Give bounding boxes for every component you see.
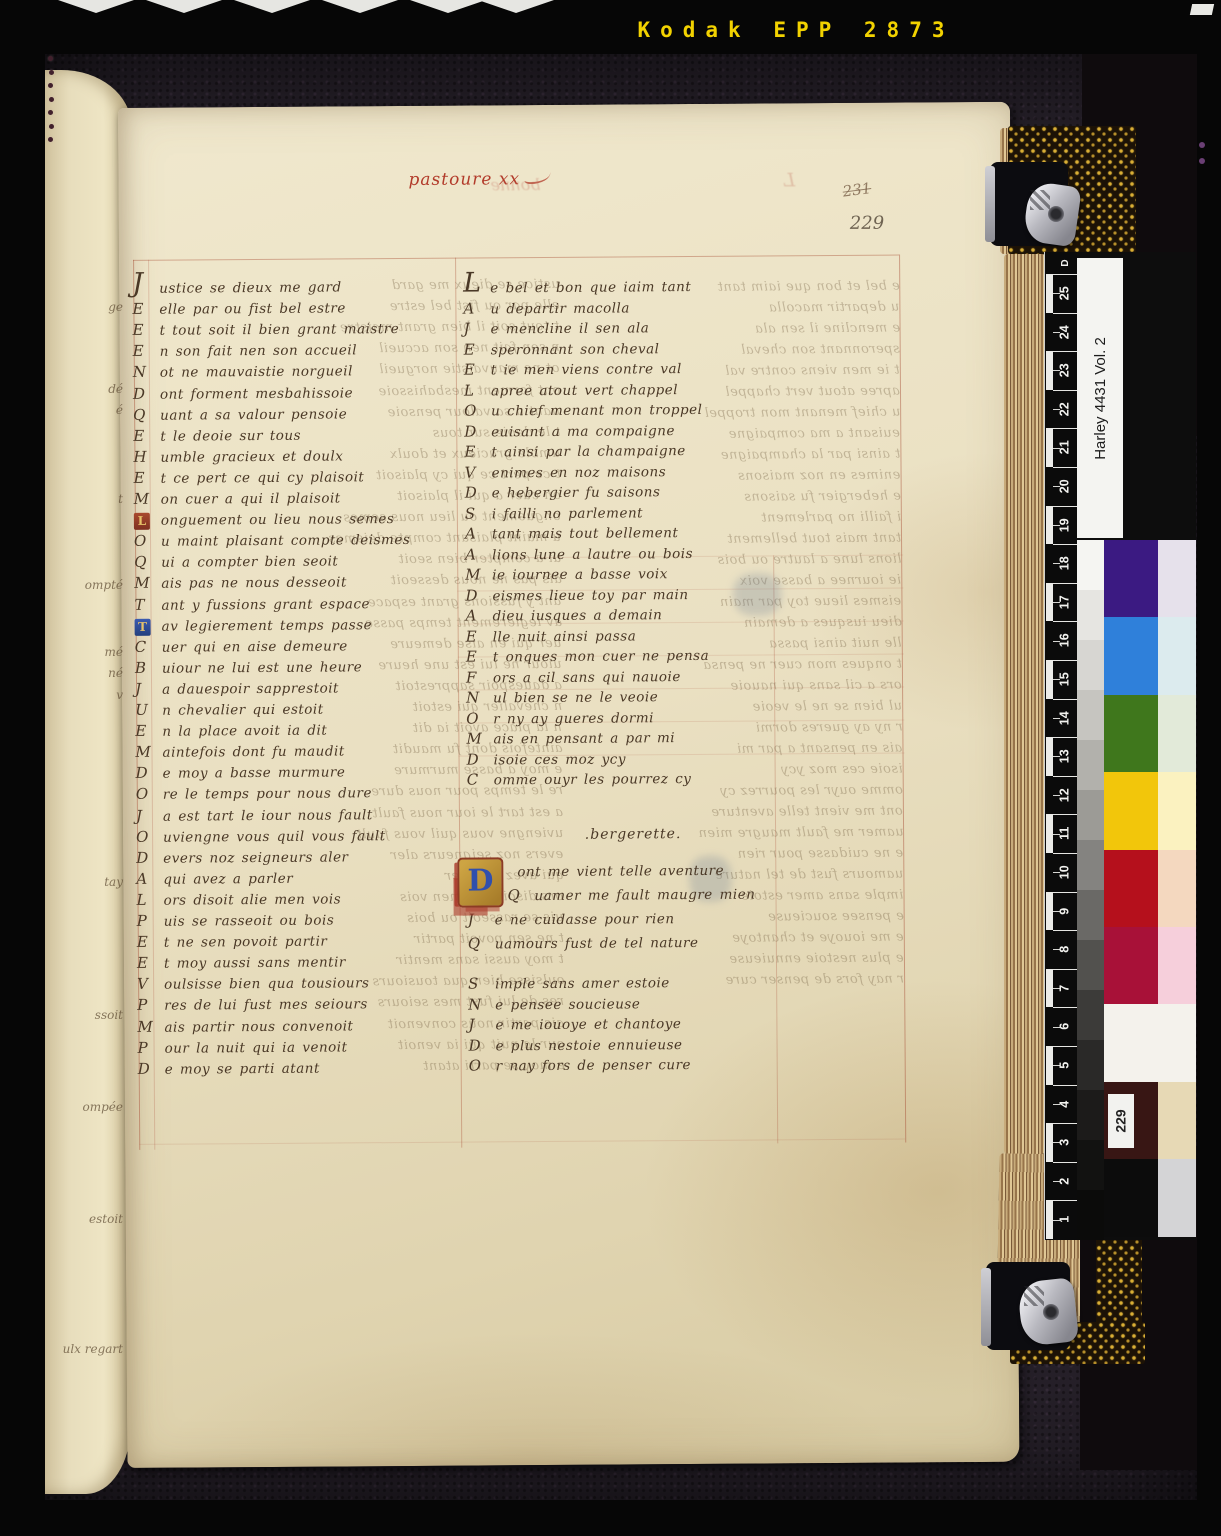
line-initial: B	[135, 659, 162, 677]
line-initial: D	[465, 586, 492, 604]
line-initial: D	[136, 764, 163, 782]
facing-page-text-fragment: t	[118, 492, 123, 506]
line-initial: U	[135, 701, 162, 719]
manuscript-line: Dont forment mesbahissoie	[133, 382, 353, 405]
line-text: ie iournee a basse voix	[492, 566, 668, 583]
manuscript-line: Esperonnant son cheval	[464, 338, 660, 360]
line-text: t ce pert ce qui cy plaisoit	[161, 469, 365, 486]
line-text: e moy a basse murmure	[163, 765, 346, 782]
film-edge-dot	[1199, 142, 1205, 148]
line-text: euisant a ma compaigne	[491, 423, 675, 440]
patch-saturated	[1104, 1159, 1158, 1236]
page-clip-hole	[1043, 1304, 1059, 1320]
line-initial: L	[136, 891, 163, 909]
line-initial: V	[464, 463, 491, 481]
manuscript-line: En la place avoit ia dit	[135, 720, 327, 742]
ruler-tick	[1053, 737, 1077, 738]
ruler-tick	[1053, 814, 1077, 815]
manuscript-line: Et ne sen povoit partir	[137, 931, 328, 953]
line-initial: O	[136, 827, 163, 845]
manuscript-line: Et le deoie sur tous	[133, 424, 301, 446]
manuscript-line: Ou chief menant mon troppel	[464, 399, 702, 422]
bleedthrough-line: lions lune a lautre ou bois	[717, 552, 901, 568]
manuscript-page: pastoure xx bonne L 231 229 ustice se di…	[118, 102, 1019, 1468]
line-initial: E	[135, 722, 162, 740]
manuscript-line: Je me iouoye et chantoye	[468, 1013, 681, 1035]
grayscale-step	[1077, 1040, 1104, 1090]
manuscript-line: Disoie ces moz ycy	[466, 748, 626, 770]
manuscript-line: Ja dauespoir sapprestoit	[135, 677, 339, 699]
ruler-cell: 8	[1045, 930, 1077, 969]
ruler-tick	[1053, 1085, 1077, 1086]
manuscript-line: Et ie men viens contre val	[464, 358, 682, 381]
line-initial: A	[465, 545, 492, 563]
facing-page-text-fragment: v	[116, 688, 123, 702]
ruler-tick	[1053, 969, 1077, 970]
film-frame-bottom	[0, 1500, 1221, 1536]
grayscale-step	[1077, 590, 1104, 640]
line-text: i failli no parlement	[492, 505, 643, 522]
ruler-cell: 7	[1045, 969, 1077, 1008]
ruler-cell: 13	[1045, 737, 1077, 776]
line-initial: M	[134, 490, 161, 508]
line-initial: F	[466, 668, 493, 686]
ruler-tick	[1053, 351, 1077, 352]
bleedthrough-line: euisant a ma compaigne	[729, 426, 901, 442]
line-text: oulsisse bien qua tousiours	[164, 976, 369, 993]
ruler-tick	[1053, 1200, 1077, 1201]
manuscript-line: Or nay fors de penser cure	[469, 1054, 691, 1077]
ruler-cell: 22	[1045, 390, 1077, 429]
decorated-initial-d: D	[457, 857, 503, 907]
manuscript-line: Maintefois dont fu maudit	[135, 741, 344, 763]
page-clip-hole	[1048, 206, 1064, 222]
line-initial: L	[464, 381, 491, 399]
ruler-tick	[1053, 428, 1077, 429]
manuscript-line: Mie iournee a basse voix	[465, 563, 668, 585]
manuscript-line: Et onques mon cuer ne pensa	[466, 645, 709, 668]
manuscript-line: Devers noz seigneurs aler	[136, 846, 348, 868]
ruler-tick	[1053, 1162, 1077, 1163]
patch-pastel	[1158, 540, 1196, 617]
film-corner-mark	[1190, 4, 1214, 15]
ruler-tick	[1053, 506, 1077, 507]
line-text: u chief menant mon troppel	[491, 402, 702, 419]
ruler-cell: 9	[1045, 892, 1077, 931]
manuscript-line: Lapree atout vert chappel	[464, 379, 678, 401]
facing-page-text-fragment: ssoit	[95, 1008, 123, 1022]
ruler-tick	[1053, 1007, 1077, 1008]
line-initial: P	[137, 1038, 164, 1056]
line-text: uiour ne lui est une heure	[162, 659, 362, 676]
ruler-tick	[1053, 544, 1077, 545]
section-heading-bergerette: .bergerette.	[503, 826, 763, 844]
manuscript-line: Simple sans amer estoie	[468, 972, 670, 994]
page-clip-ridges	[1024, 1286, 1044, 1306]
line-initial: P	[137, 996, 164, 1014]
ruler-top-cell: D	[1045, 252, 1077, 274]
line-text: omme ouyr les pourrez cy	[494, 771, 692, 788]
manuscript-line: Le bel et bon que iaim tant	[463, 276, 691, 299]
line-initial: Q	[133, 405, 160, 423]
line-initial: P	[137, 912, 164, 930]
line-initial: D	[465, 483, 492, 501]
grayscale-step	[1077, 740, 1104, 790]
color-calibration-strip: D252423222120191817161514131211109876543…	[1044, 252, 1196, 1240]
line-initial: A	[465, 606, 492, 624]
ruler-cell: 20	[1045, 467, 1077, 506]
grayscale-step	[1077, 1090, 1104, 1140]
ruler-tick	[1053, 621, 1077, 622]
ruler-tick	[1053, 699, 1077, 700]
line-initial: M	[137, 1017, 164, 1035]
bleedthrough-line: apree atout vert chappel	[725, 384, 900, 400]
line-text: qui avez a parler	[163, 871, 293, 888]
line-text: ais partir nous convenoit	[164, 1018, 353, 1035]
grayscale-step	[1077, 640, 1104, 690]
ruler-tick	[1053, 583, 1077, 584]
line-text: ors a cil sans qui nauoie	[493, 669, 681, 686]
ruler-tick	[1053, 274, 1077, 275]
line-initial: N	[466, 688, 493, 706]
line-text: n la place avoit ia dit	[162, 723, 327, 740]
manuscript-line: En son fait nen son accueil	[133, 340, 357, 363]
line-initial: E	[466, 627, 493, 645]
line-initial: J	[135, 680, 162, 698]
patch-pastel	[1158, 695, 1196, 772]
ruler-cell: 2	[1045, 1162, 1077, 1201]
line-initial: N	[468, 995, 495, 1013]
manuscript-line: Aqui avez a parler	[136, 868, 293, 890]
line-text: enimes en noz maisons	[492, 464, 667, 481]
line-initial: C	[135, 637, 162, 655]
photographed-manuscript-scene: pastoure xx bonne L 231 229 ustice se di…	[0, 0, 1221, 1536]
line-initial: N	[133, 363, 160, 381]
line-initial: E	[466, 647, 493, 665]
line-initial: E	[464, 442, 491, 460]
grayscale-step	[1077, 690, 1104, 740]
line-initial: S	[468, 974, 495, 992]
bleedthrough-line: e bel et bon que iaim tant	[717, 279, 900, 295]
manuscript-line: Ja est tart le iour nous fault	[136, 804, 373, 827]
bleedthrough-line: e pensee soucieuse	[767, 909, 903, 925]
film-notch	[58, 0, 134, 13]
line-initial: E	[134, 469, 161, 487]
line-text: uis se rasseoit ou bois	[164, 913, 335, 930]
sewing-hole-dot	[48, 110, 53, 115]
ruler-cell: 4	[1045, 1085, 1077, 1124]
ruler-cell: 18	[1045, 544, 1077, 583]
film-edge-dot	[1199, 158, 1205, 164]
bleedthrough-line: e hebergier fu saisons	[744, 489, 901, 505]
line-initial: J	[468, 1016, 495, 1034]
ruler-top-label: D	[1054, 251, 1076, 275]
manuscript-line: Venimes en noz maisons	[464, 461, 666, 483]
line-text: ont forment mesbahissoie	[160, 385, 353, 402]
ruler-cell: 11	[1045, 814, 1077, 853]
line-initial: H	[133, 448, 160, 466]
bleedthrough-line: e plus nestoie ennuieuse	[729, 951, 904, 967]
patch-full	[1104, 1004, 1196, 1081]
ruler-tick	[1053, 467, 1077, 468]
manuscript-line: Je ne cuidasse pour rien	[468, 908, 675, 930]
ruler-tick	[1053, 1046, 1077, 1047]
line-initial: E	[133, 426, 160, 444]
grayscale-step	[1077, 790, 1104, 840]
line-text: elle par ou fist bel estre	[159, 301, 346, 318]
line-text: isoie ces moz ycy	[494, 751, 626, 768]
line-text: lions lune a lautre ou bois	[492, 545, 693, 562]
line-text: uer qui en aise demeure	[162, 638, 348, 655]
facing-page-text-fragment: ompée	[83, 1100, 124, 1114]
bleedthrough-line: omme ouyr les pourrez cy	[720, 783, 903, 799]
line-text: ot ne mauvaistie norgueil	[160, 364, 353, 381]
film-notch	[146, 0, 222, 13]
line-text: e pensee soucieuse	[495, 996, 640, 1013]
line-text: n son fait nen son accueil	[160, 343, 357, 360]
ruler-cell: 3	[1045, 1123, 1077, 1162]
patch-pastel	[1158, 617, 1196, 694]
line-initial: O	[136, 785, 163, 803]
line-text: t tout soit il bien grant maistre	[160, 321, 400, 339]
ruler-cell: 10	[1045, 853, 1077, 892]
manuscript-line: Et tout soit il bien grant maistre	[132, 318, 399, 341]
line-text: u maint plaisant compte deismes	[161, 532, 410, 550]
patch-saturated	[1104, 772, 1158, 849]
manuscript-line: De moy a basse murmure	[136, 762, 346, 784]
manuscript-line: Ouviengne vous quil vous fault	[136, 825, 386, 848]
manuscript-line: Eelle par ou fist bel estre	[132, 298, 346, 320]
line-text: ul bien se ne le veoie	[493, 689, 658, 706]
sewing-hole-dot	[48, 83, 53, 88]
line-initial: E	[464, 360, 491, 378]
grayscale-step	[1077, 1190, 1104, 1240]
patch-pastel	[1158, 927, 1196, 1004]
line-initial: D	[468, 1036, 495, 1054]
bleedthrough-line: r ny ay gueres dormi	[755, 720, 902, 736]
line-text: uant a sa valour pensoie	[160, 406, 347, 423]
folio-number-crossed-out: 231	[842, 179, 873, 201]
line-text: re le temps pour nous dure	[163, 786, 372, 803]
patch-pastel	[1158, 1159, 1196, 1236]
text-column-right: Le bel et bon que iaim tantAu departir m…	[463, 275, 803, 277]
manuscript-line: Fors a cil sans qui nauoie	[466, 666, 681, 688]
patch-saturated	[1104, 850, 1158, 927]
manuscript-line: Or ny ay gueres dormi	[466, 707, 654, 729]
facing-page-text-fragment: é	[116, 403, 123, 417]
ruler-cell: 5	[1045, 1046, 1077, 1085]
patch-saturated	[1104, 540, 1158, 617]
ruler-tick	[1053, 390, 1077, 391]
manuscript-line: Pour la nuit qui ia venoit	[137, 1036, 347, 1058]
bleedthrough-line: i failli no parlement	[761, 510, 901, 526]
line-initial: D	[464, 422, 491, 440]
grayscale-step	[1077, 890, 1104, 940]
manuscript-line: Adieu iusques a demain	[465, 604, 662, 626]
line-initial: L	[463, 277, 490, 289]
manuscript-line: Quamours fust de tel nature	[468, 932, 699, 955]
line-initial: J	[132, 278, 159, 290]
manuscript-line: Atant mais tout bellement	[465, 522, 679, 544]
line-text: u departir macolla	[490, 300, 630, 317]
manuscript-line: Ne pensee soucieuse	[468, 993, 640, 1015]
line-text: e moy se parti atant	[165, 1060, 320, 1077]
line-initial: D	[466, 750, 493, 768]
manuscript-line: Deuisant a ma compaigne	[464, 420, 675, 442]
manuscript-line: Not ne mauvaistie norgueil	[133, 361, 353, 384]
line-initial: E	[137, 933, 164, 951]
manuscript-line: Elle nuit ainsi passa	[466, 625, 637, 647]
bleedthrough-rubric: bonne	[490, 175, 540, 194]
patch-saturated	[1104, 927, 1158, 1004]
line-initial: O	[466, 709, 493, 727]
bleedthrough-line: ors a cil sans qui nauoie	[730, 678, 902, 694]
manuscript-line: Mais partir nous convenoit	[137, 1015, 353, 1038]
sewing-hole-dot	[49, 124, 54, 129]
bleedthrough-line: speronnant son cheval	[741, 342, 900, 358]
line-text: res de lui fust mes seiours	[164, 997, 368, 1014]
bleedthrough-line: e me iouoye et chantoye	[732, 930, 904, 946]
ruler-cell: 25	[1045, 274, 1077, 313]
folio-tag-label: 229	[1108, 1094, 1134, 1148]
line-text: aintefois dont fu maudit	[162, 744, 344, 761]
ruler-tick	[1053, 776, 1077, 777]
bleedthrough-line: a est tart le iour nous fault	[372, 804, 563, 820]
patch-pastel	[1158, 850, 1196, 927]
grayscale-step	[1077, 540, 1104, 590]
ruler-tick	[1053, 313, 1077, 314]
line-text: ont me vient telle aventure	[517, 863, 724, 880]
line-initial: E	[464, 340, 491, 358]
line-text: uamer me fault maugre mien	[534, 887, 755, 905]
film-notch	[478, 0, 554, 13]
line-text: tant mais tout bellement	[492, 525, 679, 542]
film-notch	[322, 0, 398, 13]
line-initial: O	[469, 1057, 496, 1075]
manuscript-line: Mais pas ne nous desseoit	[134, 572, 347, 594]
line-initial: E	[137, 954, 164, 972]
facing-page-text-fragment: ge	[108, 300, 123, 314]
ruler-cell: 1	[1045, 1200, 1077, 1239]
line-text: onguement ou lieu nous semes	[161, 511, 395, 529]
ruler-tick	[1053, 930, 1077, 931]
line-initial: O	[134, 532, 161, 550]
line-initial: Q	[507, 886, 534, 904]
page-clip-tab	[981, 1268, 991, 1346]
manuscript-line: Au departir macolla	[463, 297, 630, 319]
line-initial: E	[132, 321, 159, 339]
bleedthrough-line: dieu iusques a demain	[743, 615, 901, 631]
bleedthrough-line: u chief menant mon troppel	[704, 405, 900, 421]
ruler-cell: 19	[1045, 506, 1077, 545]
folio-number: 229	[850, 213, 885, 234]
line-text: apree atout vert chappel	[491, 382, 678, 399]
bleedthrough-line: enimes en noz maisons	[738, 468, 901, 484]
sewing-hole-dot	[48, 56, 53, 61]
bleedthrough-line: r nay fors de penser cure	[725, 972, 904, 988]
manuscript-line: Et ce pert ce qui cy plaisoit	[134, 466, 365, 489]
sewing-hole-dot	[49, 70, 54, 75]
manuscript-line: De plus nestoie ennuieuse	[468, 1034, 682, 1056]
patch-pastel	[1158, 772, 1196, 849]
calibration-ruler: D252423222120191817161514131211109876543…	[1044, 252, 1077, 1240]
bleedthrough-line: e ne cuidasse pour rien	[737, 846, 903, 862]
line-text: e plus nestoie ennuieuse	[496, 1037, 683, 1054]
facing-page-text-fragment: ompté	[85, 578, 123, 592]
manuscript-line: Humble gracieux et doulx	[133, 445, 343, 467]
manuscript-line: Buiour ne lui est une heure	[135, 656, 362, 679]
line-text: t onques mon cuer ne pensa	[493, 648, 709, 666]
manuscript-line: Comme ouyr les pourrez cy	[467, 768, 692, 791]
line-initial: M	[466, 729, 493, 747]
line-text: ais en pensant a par mi	[493, 730, 675, 747]
line-initial: E	[132, 300, 159, 318]
line-initial: A	[463, 299, 490, 317]
bleedthrough-initial-blob	[733, 573, 781, 615]
ruler-cell: 14	[1045, 699, 1077, 738]
grayscale-step	[1077, 940, 1104, 990]
facing-page-text-fragment: ulx regart	[63, 1342, 123, 1356]
manuscript-line: Et ainsi par la champaigne	[464, 440, 686, 463]
line-text: speronnant son cheval	[491, 341, 660, 358]
ruler-cell: 23	[1045, 351, 1077, 390]
page-edge-stack	[1004, 254, 1046, 1154]
bleedthrough-line: ais en pensant a par mi	[737, 741, 903, 757]
line-text: ustice se dieux me gard	[159, 279, 341, 296]
line-initial: E	[133, 342, 160, 360]
line-text: t le deoie sur tous	[160, 427, 301, 444]
line-initial: D	[136, 848, 163, 866]
manuscript-line: Un chevalier qui estoit	[135, 699, 324, 721]
bleedthrough-line: lle nuit ainsi passa	[769, 636, 902, 652]
line-initial: M	[134, 574, 161, 592]
bleedthrough-line: t onques mon cuer ne pensa	[703, 657, 902, 673]
sewing-hole-dot	[48, 137, 53, 142]
facing-page-text-fragment: mé	[105, 645, 123, 659]
grayscale-step	[1077, 990, 1104, 1040]
line-text: e ne cuidasse pour rien	[495, 911, 675, 928]
manuscript-line: Pres de lui fust mes seiours	[137, 994, 368, 1017]
patch-pastel	[1158, 1082, 1196, 1159]
bleedthrough-line: u departir macolla	[769, 300, 900, 316]
line-text: uamours fust de tel nature	[495, 935, 699, 952]
line-initial: C	[467, 770, 494, 788]
manuscript-line: Voulsisse bien qua tousiours	[137, 973, 369, 996]
ruler-cell: 12	[1045, 776, 1077, 815]
bleedthrough-line: ont me vient telle aventure	[711, 804, 903, 820]
manuscript-line: Puis se rasseoit ou bois	[137, 910, 335, 932]
line-initial: Q	[134, 553, 161, 571]
line-initial: O	[464, 401, 491, 419]
bleedthrough-line: imple sans amer estoie	[741, 888, 904, 904]
ruler-tick	[1053, 892, 1077, 893]
grayscale-step	[1077, 840, 1104, 890]
bleedthrough-line: tant mais tout bellement	[727, 531, 901, 547]
ruled-line-horizontal	[133, 255, 899, 261]
film-notch	[234, 0, 310, 13]
line-text: e hebergier fu saisons	[492, 484, 661, 501]
line-text: lle nuit ainsi passa	[493, 628, 637, 645]
line-text: our la nuit qui ia venoit	[165, 1039, 348, 1056]
manuscript-line: Si failli no parlement	[465, 502, 643, 524]
facing-page-text-fragment: tay	[104, 875, 123, 889]
bleedthrough-line: ul bien se ne le veoie	[752, 699, 902, 715]
line-initial: J	[468, 910, 495, 928]
folio-tag-text: 229	[1113, 1109, 1129, 1132]
ruler-tick	[1053, 1123, 1077, 1124]
bleedthrough-line: isoie ces moz ycy	[781, 762, 903, 778]
bleedthrough-line: t moy aussi sans mentir	[396, 952, 564, 968]
